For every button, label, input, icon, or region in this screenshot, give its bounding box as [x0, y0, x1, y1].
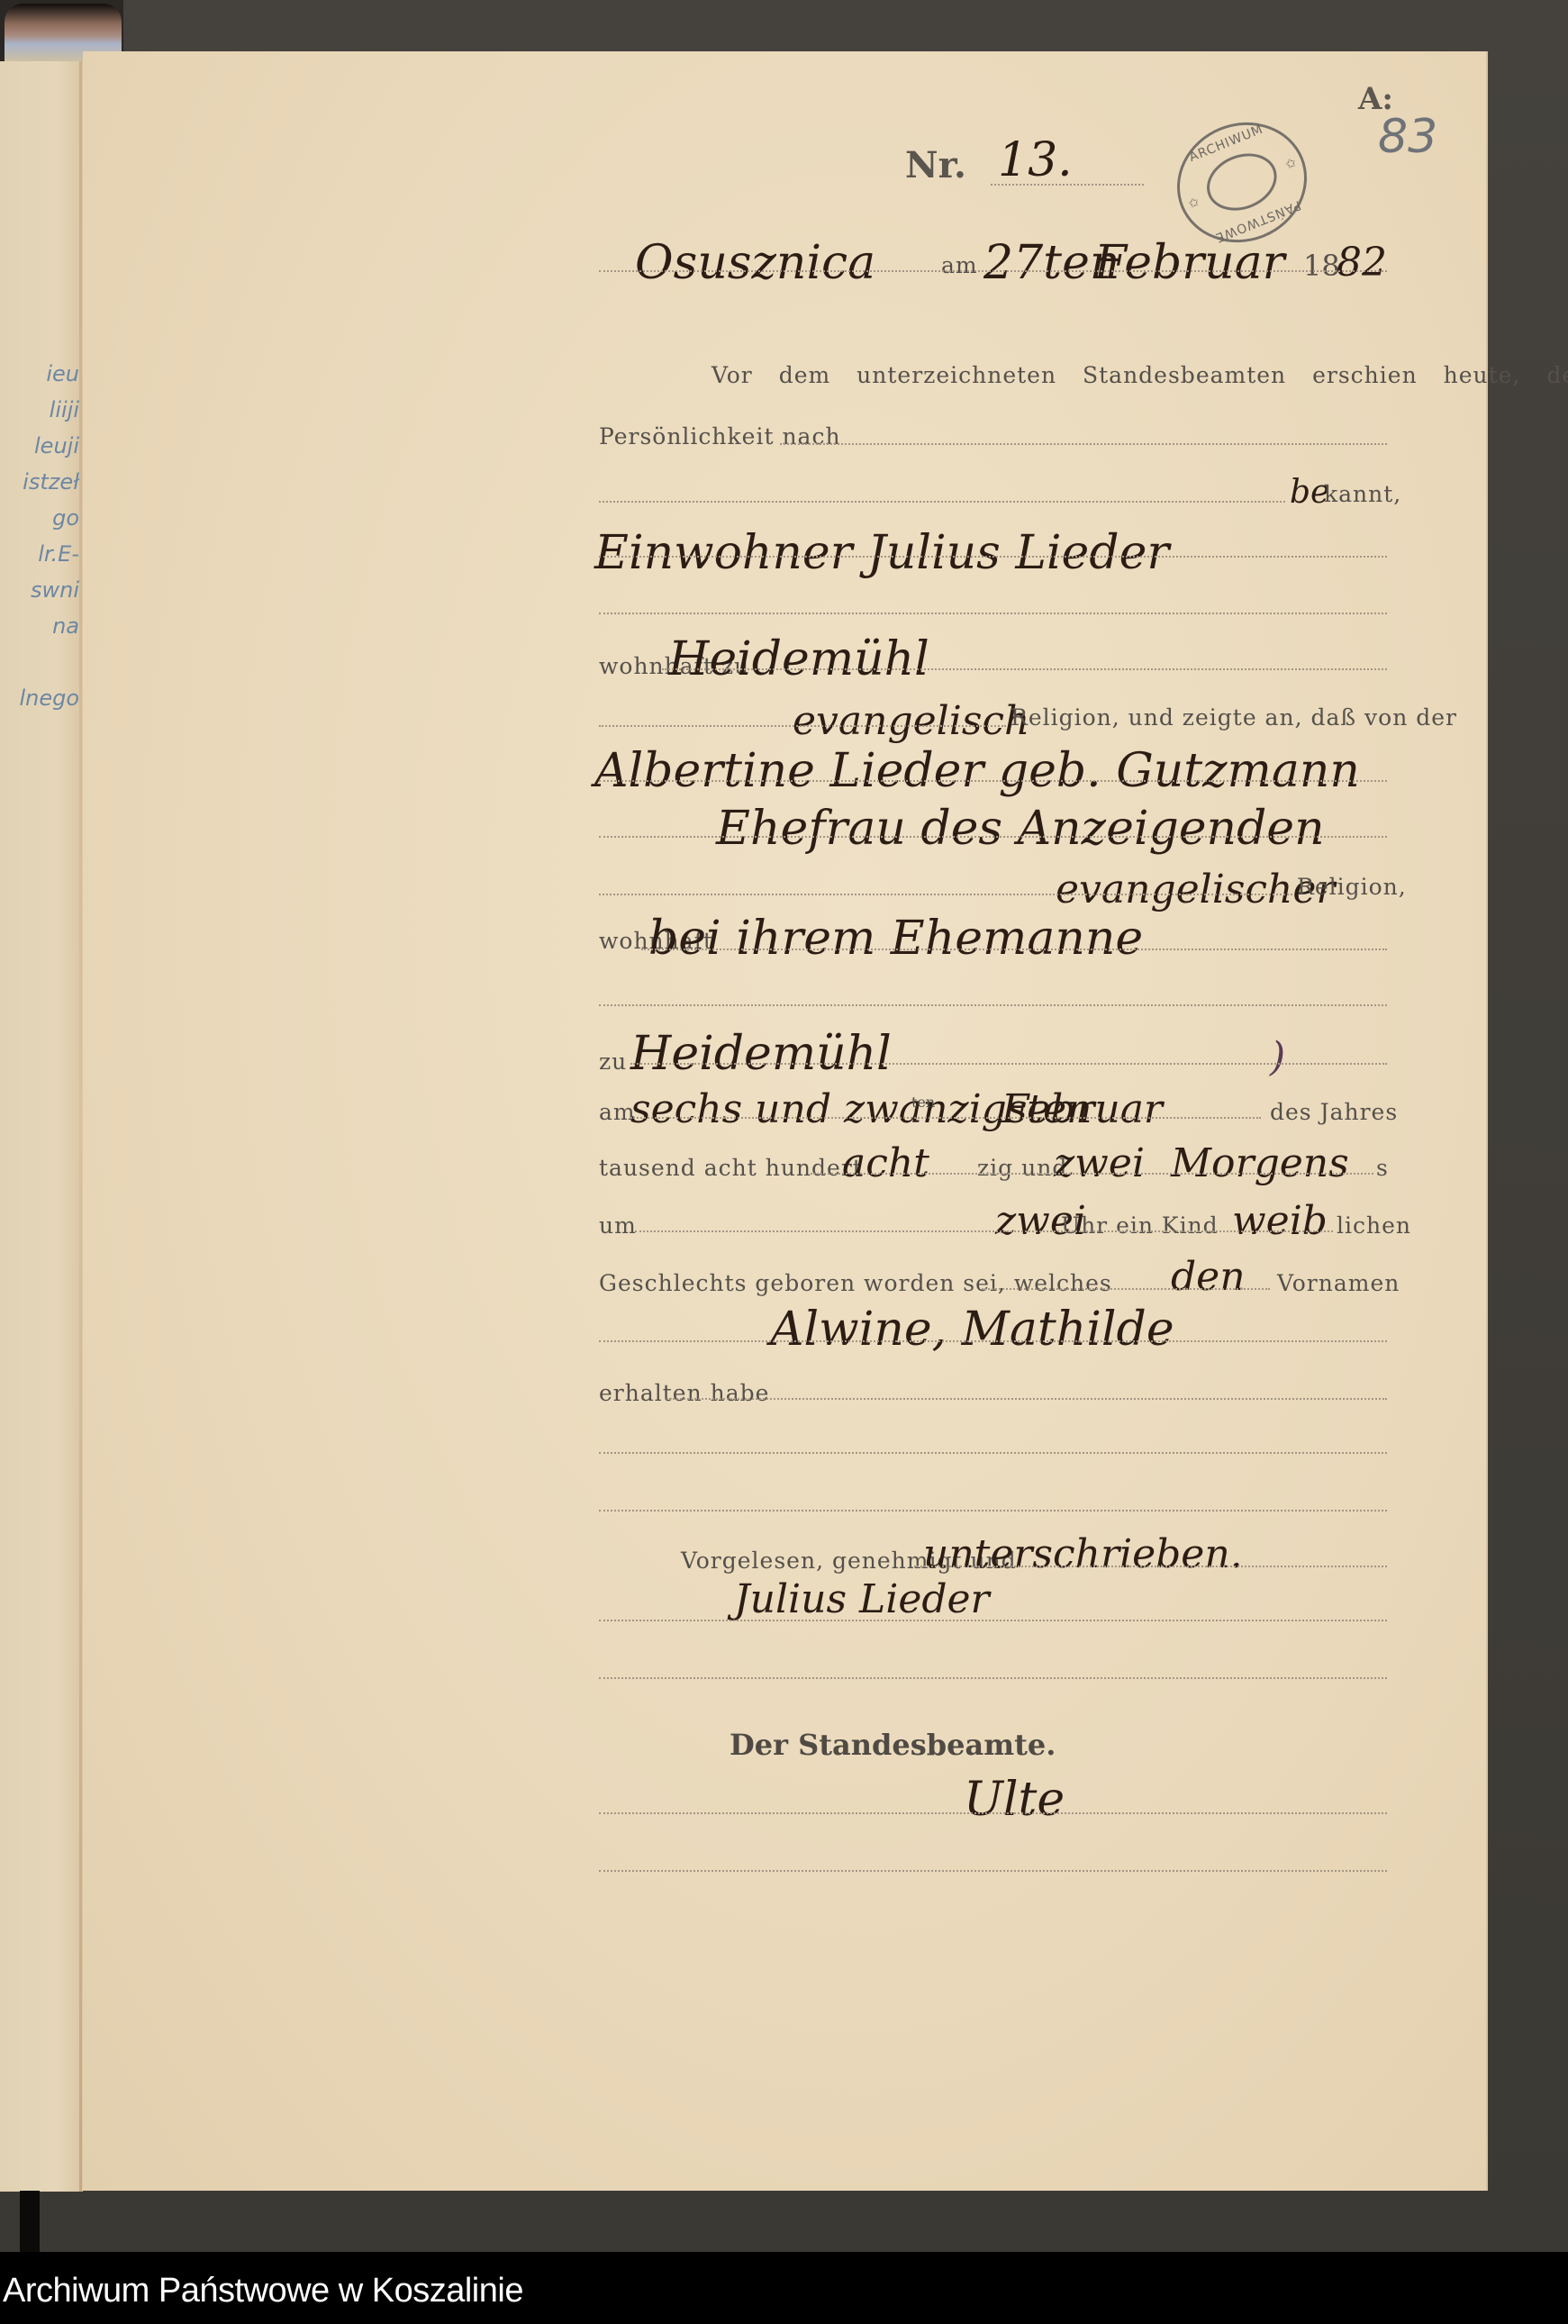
- dotted-line: [982, 1288, 1270, 1290]
- year-label: des Jahres: [1270, 1099, 1398, 1125]
- dotted-line: [599, 725, 1006, 727]
- informant-name: Einwohner Julius Lieder: [594, 526, 1169, 580]
- dotted-line: [599, 1452, 1387, 1454]
- archive-page-number: 83: [1378, 110, 1437, 164]
- margin-note-line: [0, 644, 79, 680]
- known-label: kannt,: [1324, 481, 1401, 507]
- dotted-line: [599, 556, 1387, 558]
- child-given-names: Alwine, Mathilde: [770, 1303, 1174, 1357]
- approval-written: unterschrieben.: [923, 1531, 1243, 1577]
- time-of-day-suffix: s: [1376, 1155, 1389, 1181]
- margin-note-line: istzeł: [0, 464, 79, 500]
- archive-caption: Archiwum Państwowe w Koszalinie: [3, 2272, 523, 2310]
- date-prefix: am: [941, 252, 978, 278]
- child-sex: weib: [1232, 1198, 1328, 1244]
- received-label: erhalten habe: [599, 1380, 769, 1406]
- sex-suffix: lichen: [1337, 1212, 1411, 1239]
- given-name-label: Vornamen: [1277, 1270, 1400, 1296]
- dotted-line: [914, 1566, 1387, 1567]
- dotted-line: [599, 1812, 1387, 1814]
- year-printed: 18: [1303, 249, 1340, 283]
- margin-note-line: leuji: [0, 428, 79, 464]
- informant-residence: Heidemühl: [668, 632, 929, 686]
- dotted-line: [599, 836, 1387, 838]
- dotted-line: [599, 501, 1285, 503]
- dotted-line: [599, 1340, 1387, 1342]
- name-article: den: [1171, 1254, 1246, 1300]
- child-label: Uhr ein Kind: [1061, 1212, 1219, 1239]
- star-icon: ✩: [1186, 195, 1201, 212]
- margin-note-line: na: [0, 608, 79, 644]
- place-of-registration: Osusznica: [635, 236, 875, 290]
- gender-label: Geschlechts geboren worden sei, welches: [599, 1270, 1112, 1296]
- margin-note-line: lr.E-: [0, 536, 79, 572]
- informant-religion: evangelisch: [793, 698, 1029, 744]
- margin-note-line: go: [0, 500, 79, 536]
- star-icon: ✩: [1283, 155, 1299, 172]
- dotted-line: [635, 1230, 1333, 1232]
- dotted-line: [599, 1620, 1387, 1621]
- dotted-line: [599, 894, 1292, 895]
- mother-relation: Ehefrau des Anzeigenden: [716, 802, 1325, 856]
- dotted-line: [599, 1004, 1387, 1006]
- page-gutter: [79, 61, 82, 2192]
- year-written: 82: [1337, 240, 1387, 286]
- entry-number: 13.: [998, 133, 1073, 187]
- margin-note-line: liiji: [0, 392, 79, 428]
- dotted-line: [780, 443, 1387, 445]
- thousand-label: tausend acht hundert: [599, 1155, 863, 1181]
- book-binding-bottom: [20, 2191, 40, 2252]
- margin-notes: ieu liiji leuji istzeł go lr.E- swni na …: [0, 356, 79, 716]
- time-of-day: Morgens: [1171, 1140, 1349, 1186]
- registrar-title: Der Standesbeamte.: [730, 1728, 1056, 1762]
- registration-month: Februar: [1094, 236, 1285, 290]
- informant-signature: Julius Lieder: [734, 1576, 990, 1622]
- identity-label: Persönlichkeit nach: [599, 423, 841, 449]
- number-label: Nr.: [905, 144, 966, 186]
- dotted-line: [811, 1173, 1373, 1175]
- dotted-line: [599, 1870, 1387, 1872]
- bracket-mark: ): [1270, 1034, 1285, 1080]
- dotted-line: [599, 1510, 1387, 1512]
- dotted-line: [991, 184, 1144, 186]
- margin-note-line: swni: [0, 572, 79, 608]
- birth-decade: acht: [842, 1140, 929, 1186]
- form-intro: Vor dem unterzeichneten Standesbeamten e…: [711, 362, 1568, 388]
- birth-place: Heidemühl: [630, 1027, 892, 1081]
- religion-announcement: Religion, und zeigte an, daß von der: [1011, 704, 1457, 731]
- mother-name: Albertine Lieder geb. Gutzmann: [594, 744, 1360, 798]
- birth-year-unit: zwei: [1054, 1140, 1145, 1186]
- dotted-line: [599, 613, 1387, 614]
- dotted-line: [599, 270, 1387, 272]
- religion-label: Religion,: [1297, 874, 1407, 900]
- dotted-line: [662, 668, 1387, 670]
- dotted-line: [630, 1063, 1387, 1065]
- place-label: zu: [599, 1049, 627, 1075]
- dotted-line: [641, 949, 1387, 950]
- registrar-signature: Ulte: [964, 1773, 1065, 1827]
- margin-note-line: ieu: [0, 356, 79, 392]
- dotted-line: [599, 780, 1387, 782]
- mother-religion: evangelischer: [1056, 867, 1335, 912]
- margin-note-line: lnego: [0, 680, 79, 716]
- birth-month: Februar: [1002, 1086, 1163, 1132]
- dotted-line: [599, 1677, 1387, 1679]
- dotted-line: [630, 1117, 1261, 1119]
- mother-residence: bei ihrem Ehemanne: [648, 912, 1143, 966]
- dotted-line: [666, 1398, 1387, 1400]
- birth-day-suffix: ten: [911, 1094, 935, 1111]
- hour-label: um: [599, 1212, 637, 1239]
